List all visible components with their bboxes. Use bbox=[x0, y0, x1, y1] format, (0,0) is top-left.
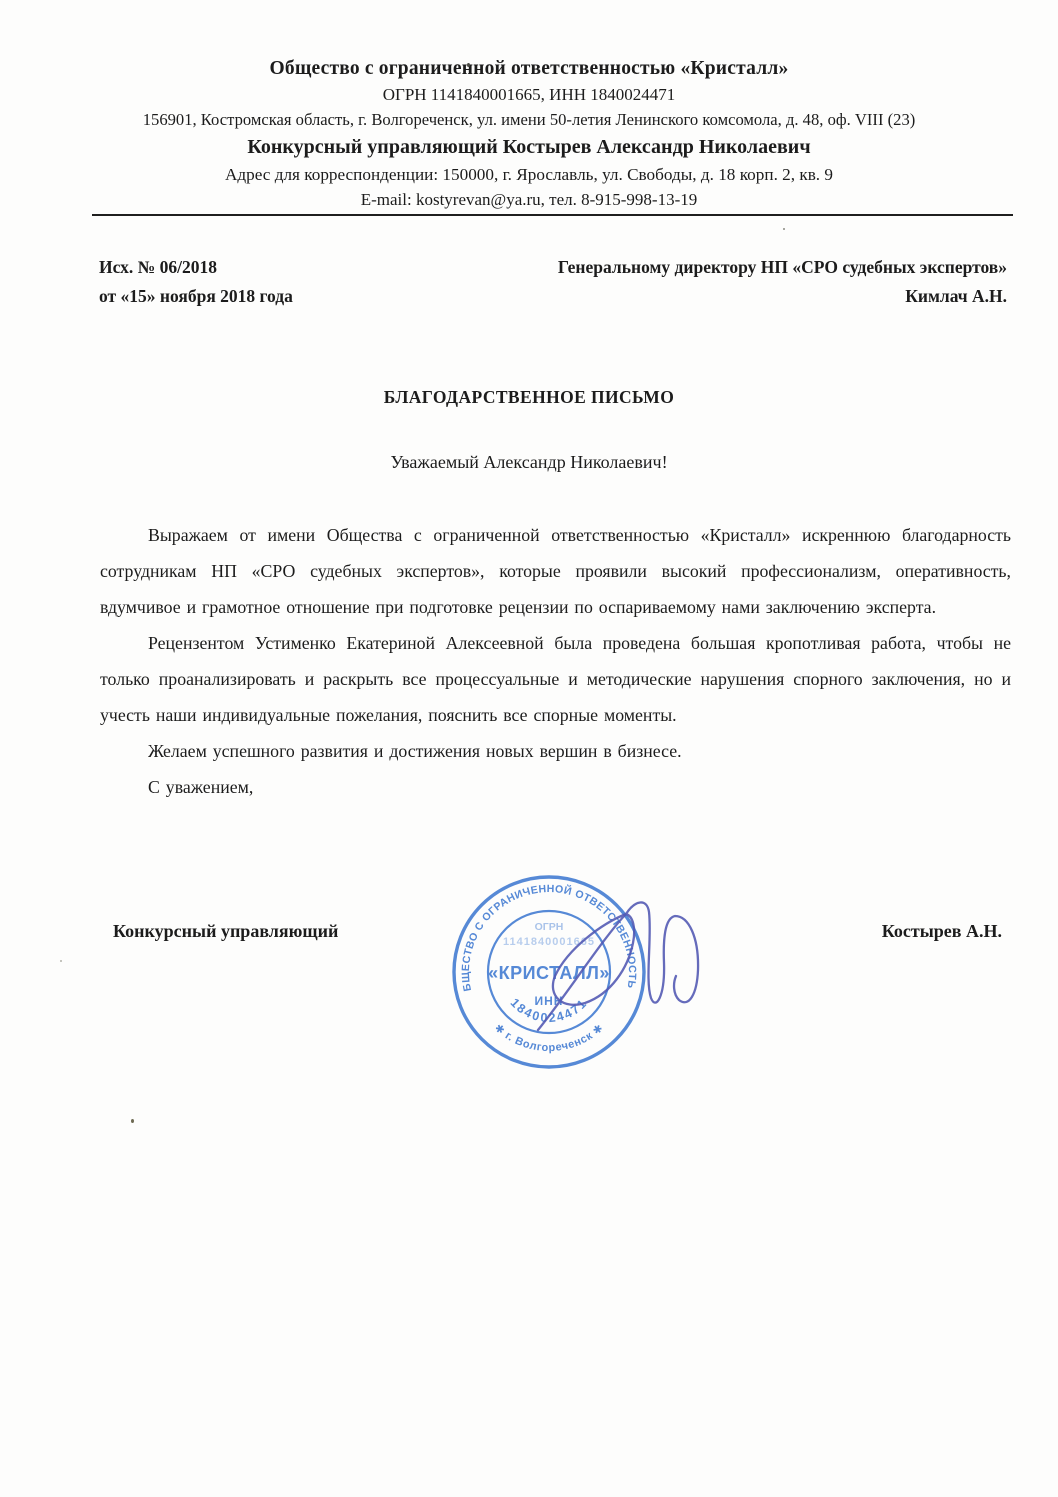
letterhead-divider bbox=[92, 214, 1013, 216]
body-paragraph-3: Желаем успешного развития и достижения н… bbox=[100, 733, 1011, 769]
salutation: Уважаемый Александр Николаевич! bbox=[0, 452, 1058, 473]
correspondence-address: Адрес для корреспонденции: 150000, г. Яр… bbox=[0, 165, 1058, 185]
body-paragraph-1: Выражаем от имени Общества с ограниченно… bbox=[100, 517, 1011, 625]
outgoing-date: от «15» ноября 2018 года bbox=[99, 282, 293, 311]
contact-info: E-mail: kostyrevan@ya.ru, тел. 8-915-998… bbox=[0, 190, 1058, 210]
addressee-name: Кимлач А.Н. bbox=[558, 282, 1007, 311]
reference-block: Исх. № 06/2018 от «15» ноября 2018 года bbox=[99, 253, 293, 310]
scan-speck bbox=[60, 960, 62, 962]
company-address: 156901, Костромская область, г. Волгореч… bbox=[0, 110, 1058, 130]
scan-speck bbox=[467, 63, 470, 67]
manager-name: Конкурсный управляющий Костырев Александ… bbox=[0, 136, 1058, 159]
scan-speck bbox=[131, 1119, 134, 1123]
signer-name: Костырев А.Н. bbox=[882, 921, 1002, 942]
scan-speck bbox=[783, 228, 785, 230]
signer-position: Конкурсный управляющий bbox=[113, 921, 338, 942]
document-title: БЛАГОДАРСТВЕННОЕ ПИСЬМО bbox=[0, 387, 1058, 408]
body-paragraph-2: Рецензентом Устименко Екатериной Алексее… bbox=[100, 625, 1011, 733]
company-name: Общество с ограниченной ответственностью… bbox=[0, 58, 1058, 80]
company-ogrn-inn: ОГРН 1141840001665, ИНН 1840024471 bbox=[0, 85, 1058, 105]
signature bbox=[523, 888, 803, 1053]
addressee-block: Генеральному директору НП «СРО судебных … bbox=[558, 253, 1007, 310]
addressee-title: Генеральному директору НП «СРО судебных … bbox=[558, 253, 1007, 282]
closing-line: С уважением, bbox=[100, 769, 1011, 805]
letter-page: Общество с ограниченной ответственностью… bbox=[0, 0, 1058, 1497]
letter-body: Выражаем от имени Общества с ограниченно… bbox=[100, 517, 1011, 805]
outgoing-number: Исх. № 06/2018 bbox=[99, 253, 293, 282]
letterhead: Общество с ограниченной ответственностью… bbox=[0, 58, 1058, 210]
